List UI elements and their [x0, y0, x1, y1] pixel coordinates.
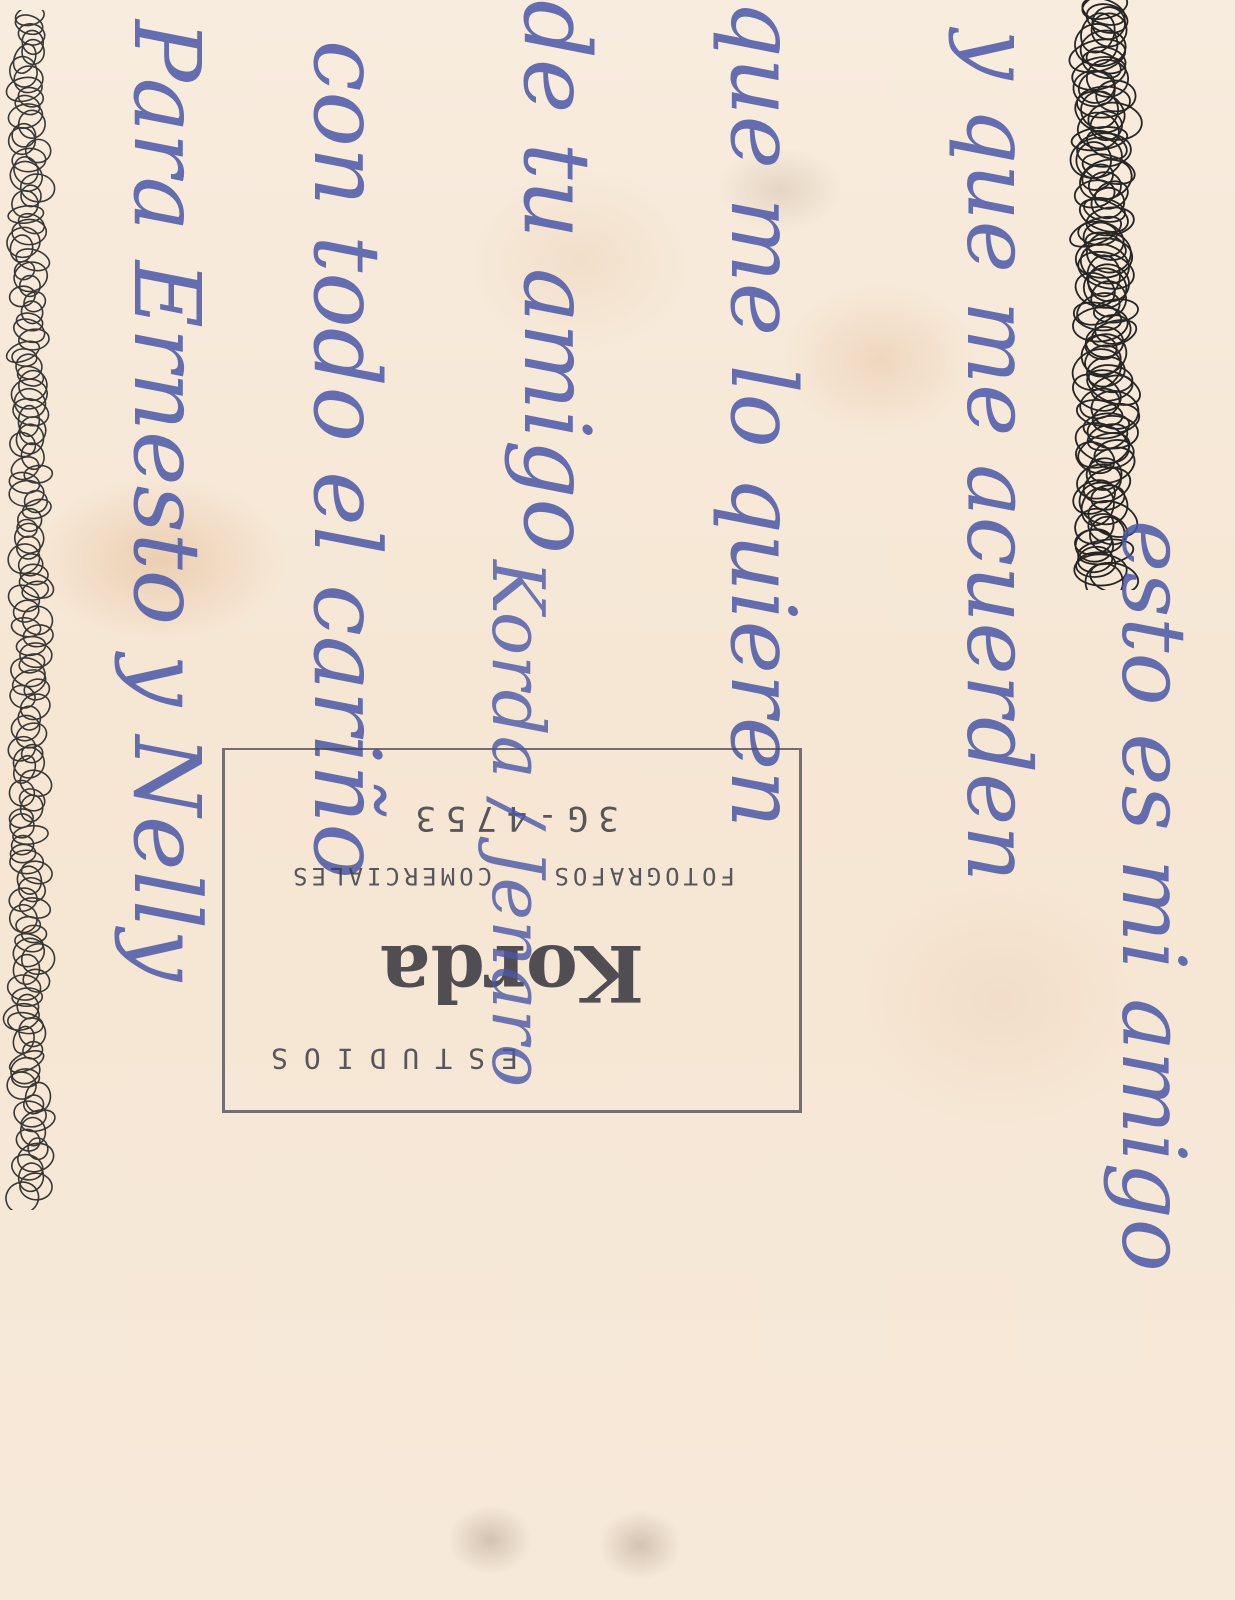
- right-scribble-strikeout: [1065, 0, 1145, 590]
- left-scribble-strikeout: [0, 10, 60, 1210]
- handwriting-line-3: de tu amigo: [503, 0, 610, 554]
- handwriting-line-5: y que me acuerden: [947, 30, 1050, 882]
- handwriting-line-6: esto es mi amigo: [1102, 520, 1205, 1272]
- handwriting-line-4: que me lo quieren: [710, 0, 815, 828]
- handwriting-line-1: Para Ernesto y Nelly: [113, 20, 220, 981]
- signature: Korda / Jenaro: [476, 560, 560, 1087]
